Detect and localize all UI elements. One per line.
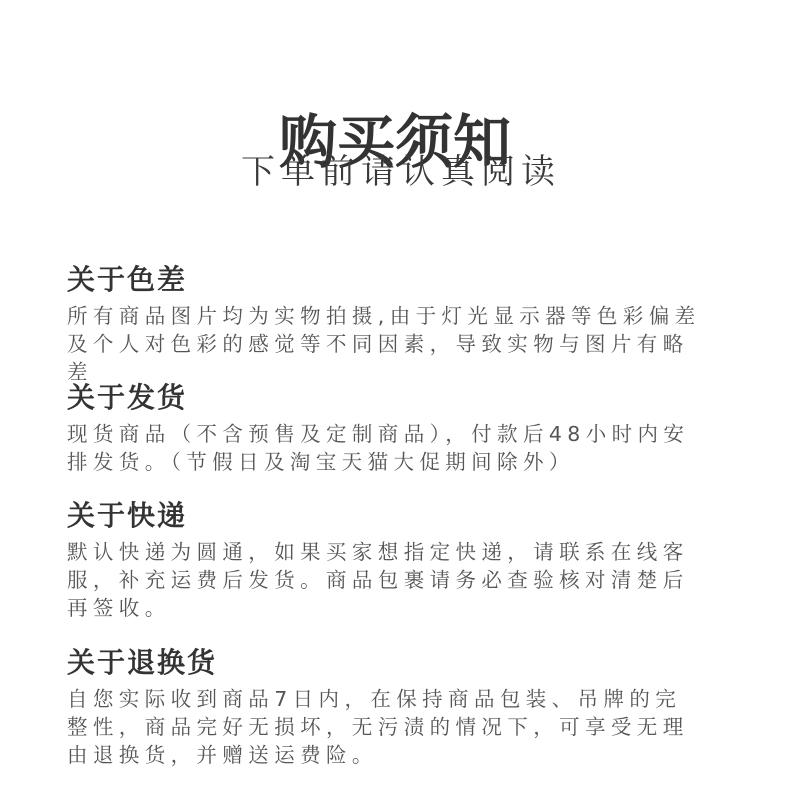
section-body: 所有商品图片均为实物拍摄,由于灯光显示器等色彩偏差及个人对色彩的感觉等不同因素，… (67, 302, 707, 386)
section-heading: 关于发货 (67, 380, 707, 416)
section-courier: 关于快递 默认快递为圆通，如果买家想指定快递，请联系在线客服，补充运费后发货。商… (67, 498, 707, 622)
section-returns: 关于退换货 自您实际收到商品7日内，在保持商品包装、吊牌的完整性，商品完好无损坏… (67, 645, 707, 769)
section-shipping: 关于发货 现货商品（不含预售及定制商品），付款后48小时内安排发货。（节假日及淘… (67, 380, 707, 476)
section-heading: 关于退换货 (67, 645, 707, 681)
section-heading: 关于快递 (67, 498, 707, 534)
section-body: 自您实际收到商品7日内，在保持商品包装、吊牌的完整性，商品完好无损坏，无污渍的情… (67, 685, 707, 769)
section-body: 默认快递为圆通，如果买家想指定快递，请联系在线客服，补充运费后发货。商品包裹请务… (67, 538, 707, 622)
section-body: 现货商品（不含预售及定制商品），付款后48小时内安排发货。（节假日及淘宝天猫大促… (67, 420, 707, 476)
page-subtitle: 下单前请认真阅读 (0, 150, 790, 194)
section-color-difference: 关于色差 所有商品图片均为实物拍摄,由于灯光显示器等色彩偏差及个人对色彩的感觉等… (67, 262, 707, 386)
section-heading: 关于色差 (67, 262, 707, 298)
